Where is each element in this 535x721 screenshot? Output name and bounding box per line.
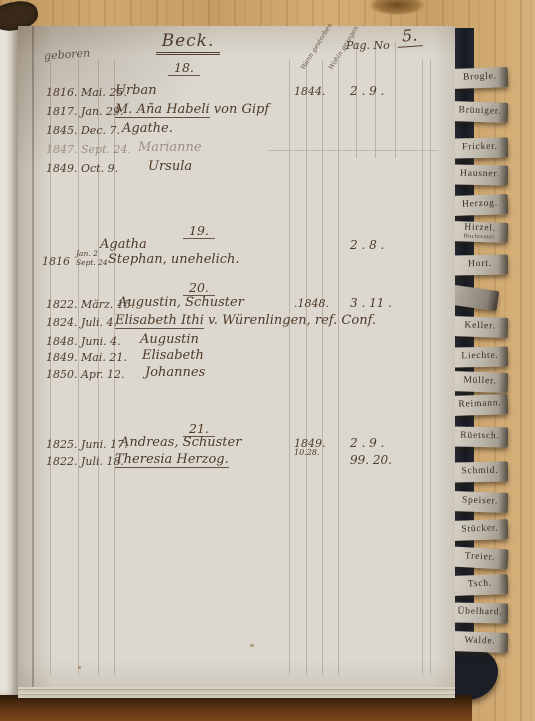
birth-date: 1822. Juli. 18. (46, 455, 124, 468)
tab-label: Fricker. (462, 143, 498, 153)
page-number-label: Pag. No (346, 39, 390, 52)
birth-date: 1849. Mai. 21. (46, 351, 127, 364)
tab-label: Reimann. (458, 400, 501, 411)
page-number: 5. (396, 25, 423, 46)
birth-date: 1824. Juli. 4. (46, 316, 117, 329)
register-row: 1845. Dec. 7.Agathe. (18, 121, 455, 139)
birth-date: 1847. Sept. 24. (46, 143, 131, 156)
index-tab: Herzog. (452, 194, 509, 216)
birth-date: 1850. Apr. 12. (46, 368, 125, 381)
page-stack-edge (0, 20, 20, 698)
index-tab: Brüniger. (452, 101, 509, 123)
tab-label: Speiser. (462, 497, 499, 508)
index-tab: Speiser. (452, 491, 509, 513)
register-row: 1849. Mai. 21.Elisabeth (18, 348, 455, 366)
index-tab: Rüetsch. (452, 427, 508, 448)
person-name: Stephan, unehelich. (108, 252, 240, 267)
death-year: .1848. (294, 297, 350, 310)
tab-label: Hausner. (460, 170, 500, 180)
page-ref: 2 . 9 . (350, 436, 436, 450)
tab-label: Hort. (468, 260, 492, 270)
birth-year: 1816 (42, 255, 70, 268)
index-tab: Hirzel.Hochreuter. (452, 221, 509, 243)
index-tab: Stücker. (452, 519, 509, 541)
index-tab: Liechte. (452, 347, 508, 368)
tab-sublabel: Hochreuter. (463, 233, 496, 240)
tab-label: Treier. (465, 552, 496, 563)
register-row: 1816Jan. 2Sept. 24Stephan, unehelich. (18, 252, 455, 270)
person-name: Augustin, Schuster (118, 295, 244, 310)
photo-scene: Brogle.Brüniger.Fricker.Hausner.Herzog.H… (0, 0, 535, 721)
register-row: 1849. Oct. 9.Ursula (18, 159, 455, 177)
register-row: 1850. Apr. 12.Johannes (18, 365, 455, 383)
page-stack-bottom-edge (18, 687, 455, 698)
death-year: 1844. (294, 85, 350, 98)
person-name: Elisabeth (142, 348, 204, 363)
family-number: 21. (183, 421, 215, 436)
tab-label: Stücker. (461, 525, 499, 536)
person-name: Agathe. (122, 121, 173, 136)
birth-date: 1849. Oct. 9. (46, 162, 118, 175)
index-tab: Fricker. (452, 138, 508, 159)
person-name: Marianne (138, 140, 202, 155)
birth-date: 1845. Dec. 7. (46, 124, 120, 137)
index-tab: Übelhard. (452, 603, 508, 624)
person-name: Urban (115, 83, 157, 98)
family-number: 19. (183, 223, 215, 238)
person-name: Augustin (140, 332, 199, 347)
register-row: 1847. Sept. 24.Marianne (18, 140, 455, 158)
index-tab: Treier. (452, 547, 509, 570)
tab-label: Brüniger. (458, 107, 501, 118)
index-tab: Müller. (452, 371, 509, 393)
page-ref: 2 . 8 . (350, 238, 436, 252)
page-ref: 3 . 11 . (350, 296, 436, 310)
tab-label: Liechte. (461, 352, 498, 362)
index-tab: Brogle. (452, 67, 509, 89)
tab-label: Herzog. (462, 200, 498, 211)
index-tab: Walde. (452, 631, 509, 653)
family-number: 20. (183, 280, 215, 295)
person-name: Ursula (148, 159, 192, 174)
book-bottom-shadow (0, 695, 472, 721)
paper-speck (78, 666, 81, 669)
birth-date: 1817. Jan. 29. (46, 105, 124, 118)
surname-header: Beck. (136, 31, 240, 51)
tab-label: Übelhard. (457, 608, 502, 618)
index-tab: Hausner. (452, 165, 508, 186)
register-row: 1822. März. 15.Augustin, Schuster.1848.3… (18, 295, 455, 313)
index-tab: Tsch. (452, 574, 509, 596)
page-ref: 2 . 9 . (350, 84, 436, 98)
person-name: Theresia Herzog. (115, 452, 229, 467)
column-header-born: geboren (44, 46, 91, 62)
tab-label: Walde. (464, 637, 496, 648)
tab-label: Brogle. (463, 73, 497, 84)
tab-label: Schmid. (461, 467, 498, 477)
register-row: 1825. Juni. 17.Andreas, Schuster1849.10.… (18, 435, 455, 453)
register-page: geboren Beck. Wann gestorben Wohin gezog… (18, 26, 455, 689)
person-name: Andreas, Schuster (120, 435, 241, 450)
register-row: 1822. Juli. 18.Theresia Herzog.99. 20. (18, 452, 455, 470)
index-tab: Reimann. (452, 394, 509, 416)
register-row: 1824. Juli. 4.Elisabeth Ithi v. Würenlin… (18, 313, 455, 331)
corrected-date: Jan. 2Sept. 24 (76, 249, 108, 268)
tab-label: Müller. (463, 377, 497, 388)
index-tab: Keller. (452, 316, 509, 338)
index-tab: Hort. (452, 255, 508, 276)
family-number: 18. (168, 60, 200, 75)
birth-date: 1848. Juni. 4. (46, 335, 121, 348)
register-row: 1816. Mai. 25.Urban1844.2 . 9 . (18, 83, 455, 101)
page-ref: 99. 20. (350, 453, 436, 467)
index-tab: Schmid. (452, 462, 508, 483)
person-name: M. Aña Habeli von Gipf (115, 102, 269, 117)
person-name: Johannes (145, 365, 205, 380)
tab-label: Keller. (464, 322, 496, 333)
paper-speck (250, 644, 254, 647)
tab-label: Tsch. (468, 580, 493, 590)
register-row: 1817. Jan. 29.M. Aña Habeli von Gipf (18, 102, 455, 120)
person-name: Elisabeth Ithi v. Würenlingen, ref. Conf… (115, 313, 376, 328)
tab-label: Rüetsch. (460, 432, 500, 442)
birth-date: 1825. Juni. 17. (46, 438, 128, 451)
